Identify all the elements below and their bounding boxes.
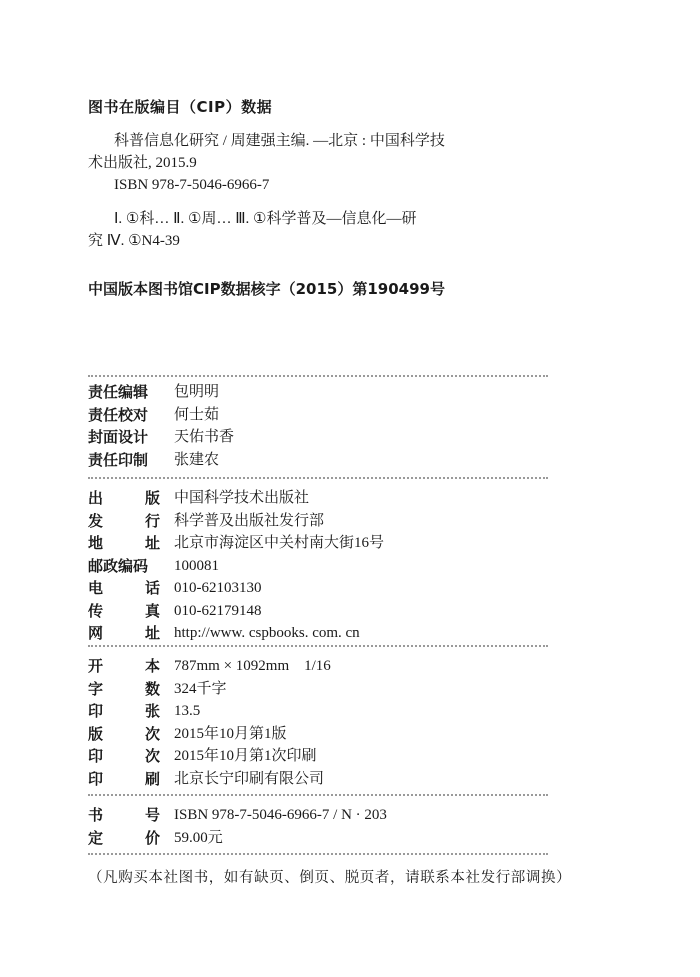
spec-row: 印刷 北京长宁印刷有限公司 bbox=[88, 768, 331, 791]
book-row: 书号 ISBN 978-7-5046-6966-7 / N · 203 bbox=[88, 804, 387, 827]
price-value: 59.00元 bbox=[174, 827, 223, 850]
field-value: 2015年10月第1次印刷 bbox=[174, 745, 317, 768]
spec-row: 开本 787mm × 1092mm 1/16 bbox=[88, 655, 331, 678]
cip-classification: Ⅰ. ①科… Ⅱ. ①周… Ⅲ. ①科学普及—信息化—研 bbox=[88, 208, 548, 230]
info-row: 电话 010-62103130 bbox=[88, 577, 384, 600]
info-row: 地址 北京市海淀区中关村南大街16号 bbox=[88, 532, 384, 555]
field-label: 开本 bbox=[88, 655, 160, 678]
cip-entry: 科普信息化研究 / 周建强主编. —北京 : 中国科学技 术出版社, 2015.… bbox=[88, 130, 548, 252]
field-label: 电话 bbox=[88, 577, 160, 600]
staff-credits: 责任编辑 包明明 责任校对 何士茹 封面设计 天佑书香 责任印制 张建农 bbox=[88, 381, 234, 471]
field-label: 印刷 bbox=[88, 768, 160, 791]
spec-row: 印张 13.5 bbox=[88, 700, 331, 723]
field-label: 封面设计 bbox=[88, 426, 160, 449]
field-label: 地址 bbox=[88, 532, 160, 555]
cip-title: 图书在版编目（CIP）数据 bbox=[88, 96, 272, 117]
spec-row: 版次 2015年10月第1版 bbox=[88, 723, 331, 746]
field-value: 100081 bbox=[174, 555, 219, 578]
spec-row: 印次 2015年10月第1次印刷 bbox=[88, 745, 331, 768]
cip-line: 科普信息化研究 / 周建强主编. —北京 : 中国科学技 bbox=[88, 130, 548, 152]
field-label: 网址 bbox=[88, 622, 160, 645]
info-row: 网址 http://www. cspbooks. com. cn bbox=[88, 622, 384, 645]
field-label: 责任编辑 bbox=[88, 381, 160, 404]
dotted-divider bbox=[88, 853, 548, 855]
publisher-info: 出版 中国科学技术出版社 发行 科学普及出版社发行部 地址 北京市海淀区中关村南… bbox=[88, 487, 384, 645]
dotted-divider bbox=[88, 477, 548, 479]
field-label: 印张 bbox=[88, 700, 160, 723]
field-label: 印次 bbox=[88, 745, 160, 768]
website-link[interactable]: http://www. cspbooks. com. cn bbox=[174, 622, 360, 645]
dotted-divider bbox=[88, 645, 548, 647]
field-value: 北京长宁印刷有限公司 bbox=[174, 768, 324, 791]
staff-row: 责任印制 张建农 bbox=[88, 449, 234, 472]
cip-classification: 究 Ⅳ. ①N4-39 bbox=[88, 230, 548, 252]
return-notice: （凡购买本社图书，如有缺页、倒页、脱页者，请联系本社发行部调换） bbox=[88, 866, 571, 887]
cip-isbn: ISBN 978-7-5046-6966-7 bbox=[88, 174, 548, 196]
field-value: 包明明 bbox=[174, 381, 219, 404]
field-value: 中国科学技术出版社 bbox=[174, 487, 309, 510]
field-value: 科学普及出版社发行部 bbox=[174, 510, 324, 533]
field-label: 发行 bbox=[88, 510, 160, 533]
field-value: 北京市海淀区中关村南大街16号 bbox=[174, 532, 384, 555]
staff-row: 封面设计 天佑书香 bbox=[88, 426, 234, 449]
info-row: 邮政编码 100081 bbox=[88, 555, 384, 578]
field-value: 13.5 bbox=[174, 700, 200, 723]
cip-record-number: 中国版本图书馆CIP数据核字（2015）第190499号 bbox=[88, 278, 445, 299]
field-label: 字数 bbox=[88, 678, 160, 701]
field-label: 传真 bbox=[88, 600, 160, 623]
field-value: 010-62103130 bbox=[174, 577, 262, 600]
staff-row: 责任校对 何士茹 bbox=[88, 404, 234, 427]
copyright-page: 图书在版编目（CIP）数据 科普信息化研究 / 周建强主编. —北京 : 中国科… bbox=[0, 0, 700, 977]
info-row: 传真 010-62179148 bbox=[88, 600, 384, 623]
isbn-value: ISBN 978-7-5046-6966-7 / N · 203 bbox=[174, 804, 387, 827]
info-row: 发行 科学普及出版社发行部 bbox=[88, 510, 384, 533]
book-row: 定价 59.00元 bbox=[88, 827, 387, 850]
cip-line: 术出版社, 2015.9 bbox=[88, 152, 548, 174]
field-value: 010-62179148 bbox=[174, 600, 262, 623]
field-label: 定价 bbox=[88, 827, 160, 850]
field-value: 张建农 bbox=[174, 449, 219, 472]
staff-row: 责任编辑 包明明 bbox=[88, 381, 234, 404]
field-value: 2015年10月第1版 bbox=[174, 723, 287, 746]
dotted-divider bbox=[88, 375, 548, 377]
field-label: 责任印制 bbox=[88, 449, 160, 472]
dotted-divider bbox=[88, 794, 548, 796]
field-label: 责任校对 bbox=[88, 404, 160, 427]
field-label: 邮政编码 bbox=[88, 555, 160, 578]
field-label: 书号 bbox=[88, 804, 160, 827]
print-specs: 开本 787mm × 1092mm 1/16 字数 324千字 印张 13.5 … bbox=[88, 655, 331, 790]
field-value: 天佑书香 bbox=[174, 426, 234, 449]
spec-row: 字数 324千字 bbox=[88, 678, 331, 701]
field-value: 324千字 bbox=[174, 678, 227, 701]
book-info: 书号 ISBN 978-7-5046-6966-7 / N · 203 定价 5… bbox=[88, 804, 387, 849]
field-label: 出版 bbox=[88, 487, 160, 510]
field-label: 版次 bbox=[88, 723, 160, 746]
field-value: 787mm × 1092mm 1/16 bbox=[174, 655, 331, 678]
info-row: 出版 中国科学技术出版社 bbox=[88, 487, 384, 510]
field-value: 何士茹 bbox=[174, 404, 219, 427]
